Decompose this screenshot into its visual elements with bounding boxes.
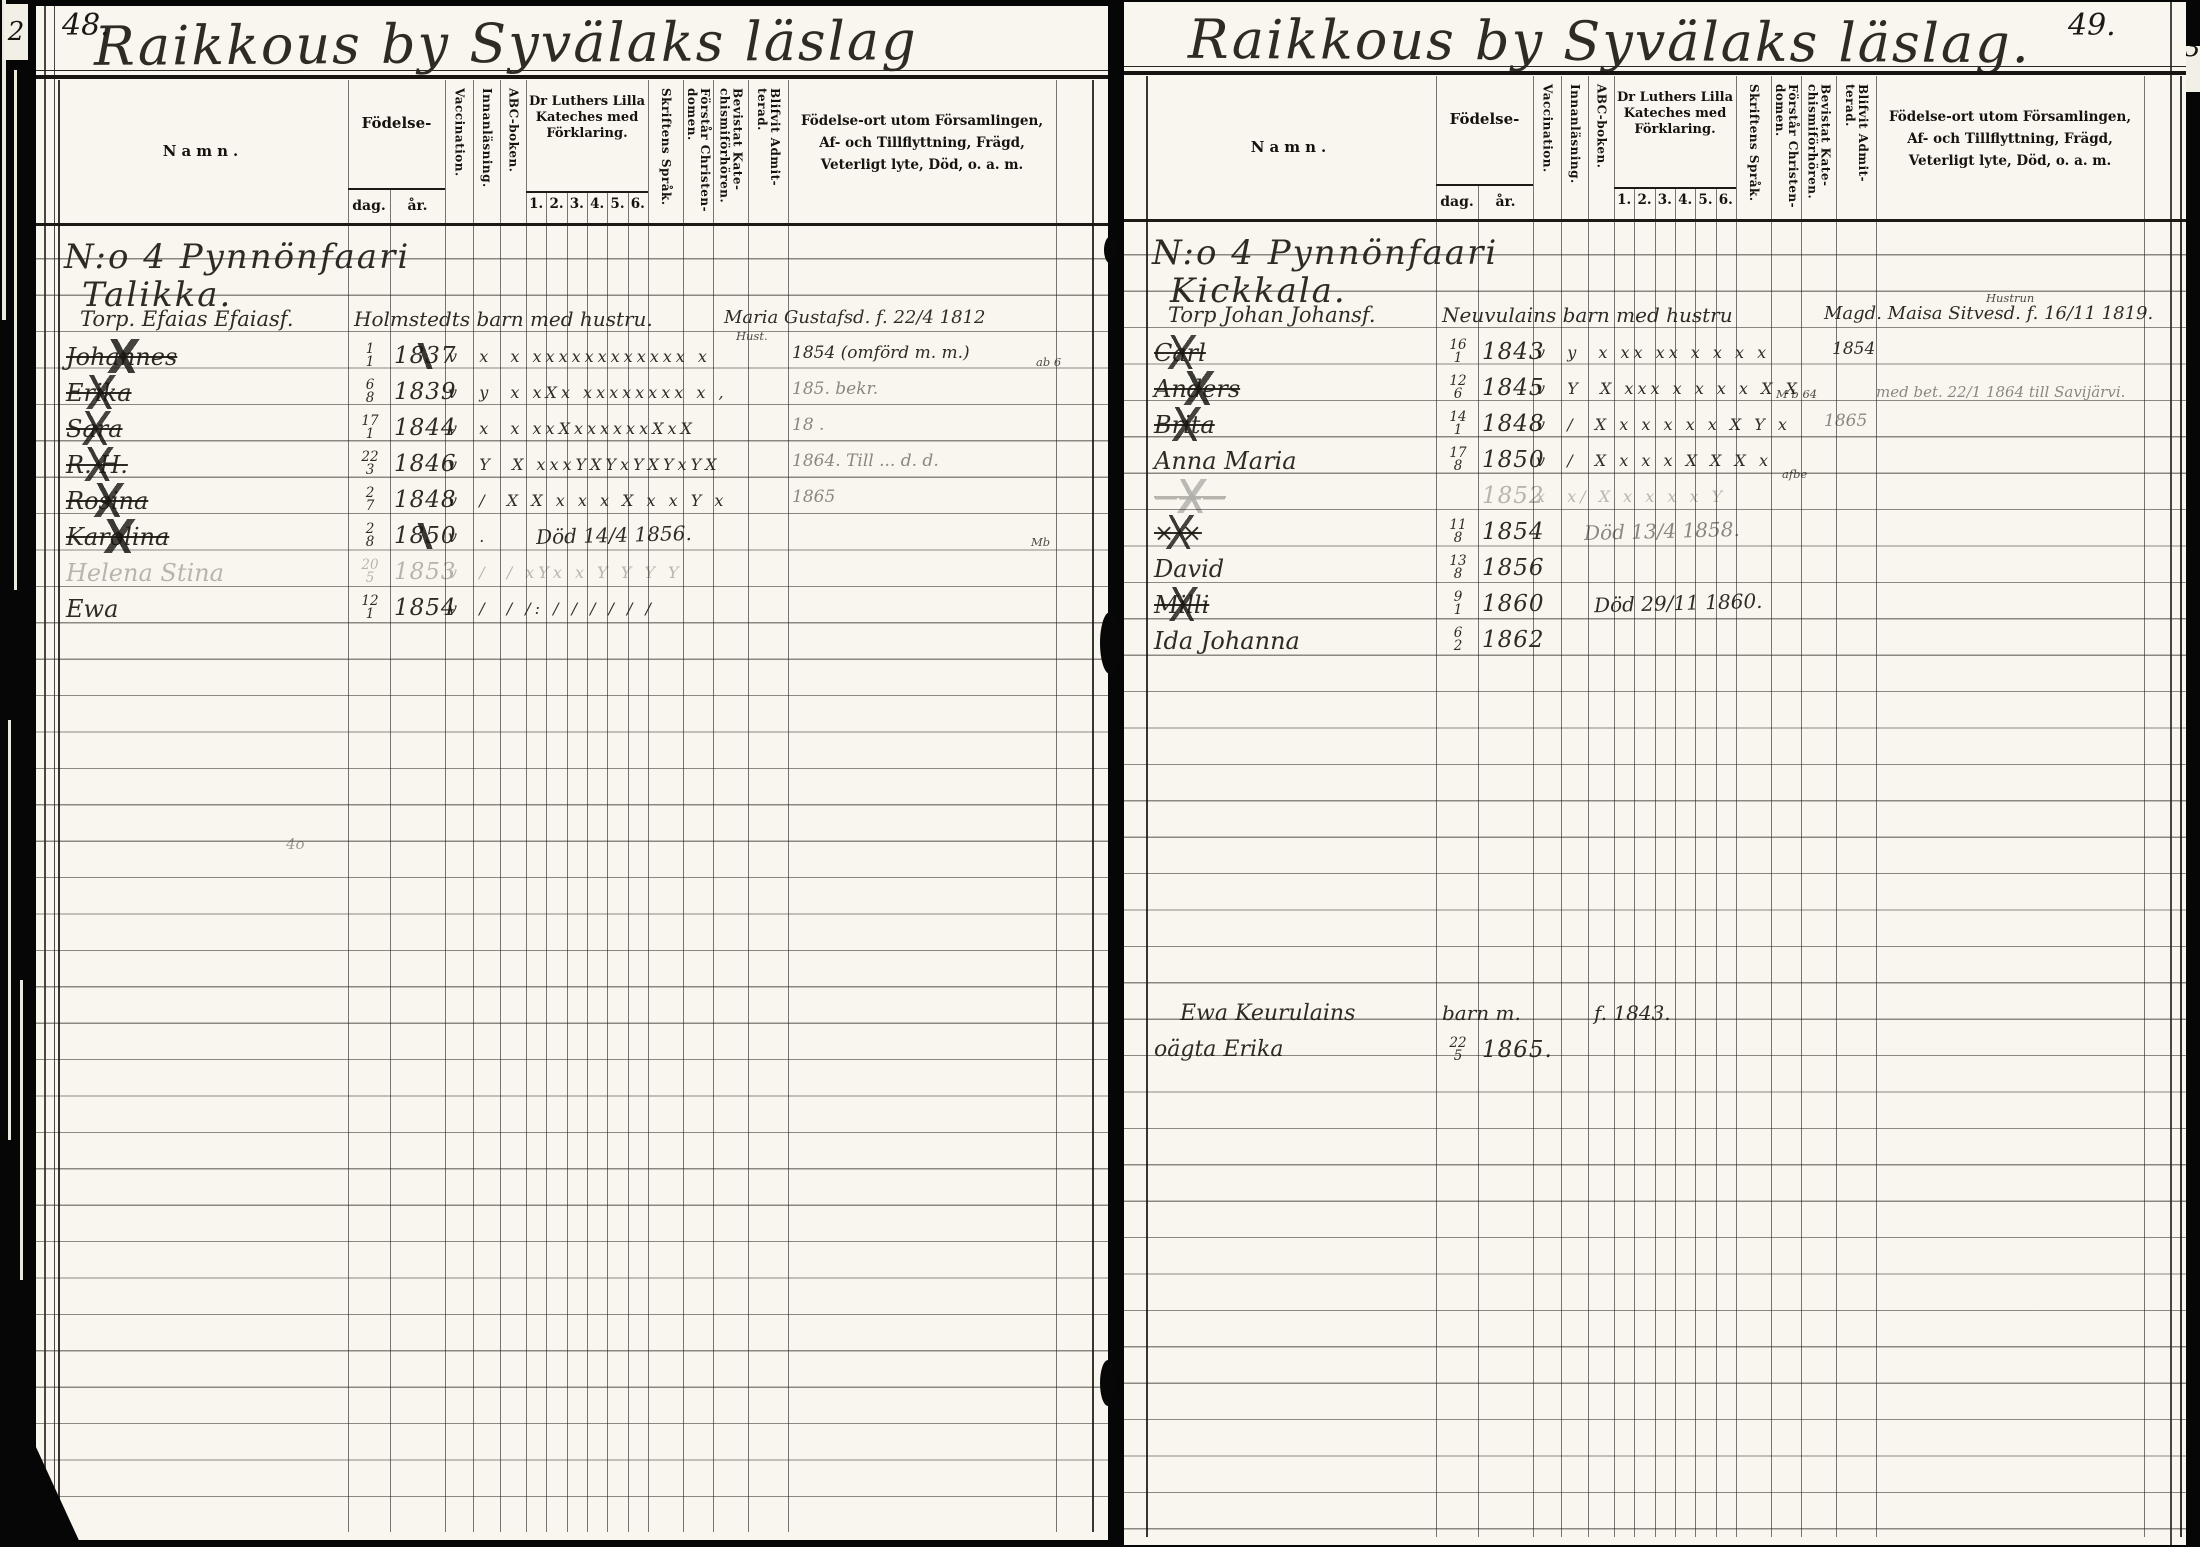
left-page: 48. Raikkous by Syvälaks läslag Namn. Fö… [36, 6, 1108, 1540]
grid-line [587, 223, 588, 1532]
col-header-innanlasning: Innanläsning. [473, 88, 500, 222]
col-header-dag: dag. [1436, 194, 1478, 210]
grid-line [628, 223, 629, 1532]
col-header-namn: Namn. [58, 142, 348, 160]
kateches-col-4: 4. [587, 196, 607, 212]
entry-name: R. H. [66, 451, 128, 479]
grid-line [1533, 76, 1534, 219]
col-header-dag: dag. [348, 198, 390, 214]
grid-line [1056, 80, 1057, 223]
kateches-col-3: 3. [1655, 192, 1675, 208]
table-row: Karolina 28 1850 v . Död 14/4 1856. Mb [36, 523, 1108, 559]
title-rule-heavy [36, 75, 1108, 79]
entry-name: ——— [1154, 483, 1226, 511]
scan-corner [36, 1447, 82, 1547]
grid-line [546, 223, 547, 1532]
col-header-blifvit-admitterad: Blifvit Admit- terad. [748, 88, 788, 222]
birth-year: 1856 [1482, 555, 1545, 581]
kateches-col-3: 3. [567, 196, 587, 212]
table-row: Rosina 27 1848 v / X X x x x X x x Y x 1… [36, 487, 1108, 523]
grid-line [500, 80, 501, 223]
grid-line [1695, 187, 1696, 219]
entry-name: Anders [1154, 375, 1240, 403]
grid-line [1533, 219, 1534, 1537]
scanned-parish-register: 2 3 48. Raikkous by Syvälaks läslag Namn… [0, 0, 2200, 1547]
kateches-col-6: 6. [628, 196, 648, 212]
table-row: Johannes 11 1837 v x x xxxxxxxxxxxx x 18… [36, 343, 1108, 379]
header-divider [348, 188, 445, 190]
grid-line [628, 191, 629, 223]
note: 1865 [792, 487, 835, 507]
grid-line [1771, 76, 1772, 219]
grid-line [2180, 219, 2182, 1537]
binding-blob [1100, 612, 1120, 674]
grid-line [788, 80, 789, 223]
grid-line [1092, 80, 1094, 223]
entry-name: Brita [1154, 411, 1215, 439]
birth-day: 205 [350, 559, 390, 585]
col-header-ar: år. [390, 198, 445, 214]
note-small: Mb [1031, 535, 1050, 549]
birth-day: 126 [1438, 375, 1478, 401]
kateches-col-5: 5. [1695, 192, 1715, 208]
birth-day: 138 [1438, 555, 1478, 581]
note-small: Hustrun [1986, 291, 2034, 305]
col-header-skriftens-sprak: Skriftens Språk. [648, 88, 683, 222]
header-divider [1436, 184, 1533, 186]
grid-line [1561, 76, 1562, 219]
birth-day: 141 [1438, 411, 1478, 437]
grid-line [1716, 187, 1717, 219]
birth-day: 68 [350, 379, 390, 405]
entry-name: Erika [66, 379, 132, 407]
note: 1865 [1824, 411, 1867, 431]
grid-line [683, 80, 684, 223]
col-header-ar: år. [1478, 194, 1533, 210]
grid-line [1436, 219, 1437, 1537]
grid-line [526, 80, 527, 223]
grid-line [1675, 219, 1676, 1537]
grid-line [1736, 219, 1737, 1537]
grid-line [1716, 219, 1717, 1537]
birth-day: 91 [1438, 591, 1478, 617]
note: 185. bekr. [792, 379, 878, 399]
grid-line [683, 223, 684, 1532]
grid-line [58, 80, 60, 223]
note: 18 . [792, 415, 824, 435]
birth-day: 28 [350, 523, 390, 549]
grid-line [1056, 223, 1057, 1532]
note: 1864. Till ... d. d. [792, 451, 939, 471]
entry-name: Helena Stina [66, 559, 224, 587]
note: Maria Gustafsd. f. 22/4 1812 [724, 307, 985, 328]
left-margin-numeral: 2 [4, 4, 28, 60]
reading-marks: x x/ X x x x x Y [1536, 487, 1726, 506]
note: 1854 (omförd m. m.) [792, 343, 970, 363]
grid-line [473, 223, 474, 1532]
table-row: Helena Stina 205 1853 v / / xYx x Y Y Y … [36, 559, 1108, 595]
birth-day: 62 [1438, 627, 1478, 653]
entry-name: Torp. Efaias Efaiasf. [80, 307, 294, 331]
grid-line [567, 223, 568, 1532]
birth-day: 121 [350, 595, 390, 621]
birth-year: 1860 [1482, 591, 1545, 617]
col-header-bevistat-katechismiforhoren: Bevistat Kate- chismiförhören. [1801, 84, 1836, 218]
reading-marks: v Y X xxx x x x x X X [1536, 379, 1801, 398]
col-header-skriftens-sprak: Skriftens Språk. [1736, 84, 1771, 218]
death-note: Död 29/11 1860. [1594, 589, 1763, 617]
grid-line [2144, 219, 2145, 1537]
grid-line [390, 188, 391, 223]
entry-name: oägta Erika [1154, 1037, 1283, 1062]
table-row: Erika 68 1839 v y x xXx xxxxxxxx x , 185… [36, 379, 1108, 415]
note: f. 1843. [1594, 1001, 1671, 1025]
grid-line [1876, 219, 1877, 1537]
col-header-forstar-christendomen: Förstår Christen- domen. [1771, 84, 1801, 218]
table-row: Ewa 121 1854 v / / /: / / / / / / [36, 595, 1108, 631]
grid-line [1771, 219, 1772, 1537]
col-header-abc-boken: ABC-boken. [500, 88, 526, 222]
grid-line [1655, 219, 1656, 1537]
note-small: M b 64 [1776, 387, 1817, 401]
table-body: N:o 4 Pynnönfaari Talikka. Torp. Efaias … [36, 223, 1108, 1532]
entry-name: Rosina [66, 487, 148, 515]
birth-day: 225 [1438, 1037, 1478, 1063]
grid-line [748, 80, 749, 223]
grid-line [473, 80, 474, 223]
grid-line [348, 80, 349, 223]
table-header: Namn. Födelse- dag. år. Vaccination. Inn… [1124, 76, 2186, 222]
grid-line [348, 223, 349, 1532]
scan-streak [14, 70, 17, 590]
entry-name: × × [1154, 519, 1202, 547]
grid-line [58, 223, 60, 1532]
grid-line [2144, 76, 2145, 219]
table-body: N:o 4 Pynnönfaari Kickkala. Torp Johan J… [1124, 219, 2186, 1537]
grid-line [648, 80, 649, 223]
binding-blob [1100, 1360, 1116, 1406]
scan-streak [20, 980, 23, 1280]
entry-span-note: barn m. [1442, 1001, 1521, 1025]
col-header-namn: Namn. [1146, 138, 1436, 156]
note-small: afbe [1782, 467, 1807, 481]
grid-line [1614, 219, 1615, 1537]
title-rule [36, 70, 1108, 71]
note-small: Hust. [736, 329, 768, 343]
entry-name: Anna Maria [1154, 447, 1297, 475]
grid-line [1146, 76, 1148, 219]
grid-line [713, 223, 714, 1532]
note: Magd. Maisa Sitvesd. f. 16/11 1819. [1824, 303, 2153, 324]
reading-marks: v / / /: / / / / / / [448, 599, 655, 618]
grid-line [1092, 223, 1094, 1532]
reading-marks: v / X x x x x x X Y x [1536, 415, 1791, 434]
table-row: Torp. Efaias Efaiasf. Holmstedts barn me… [36, 307, 1108, 343]
entry-name: Ewa Keurulains [1180, 1001, 1355, 1026]
grid-line [1801, 76, 1802, 219]
right-page: 49. Raikkous by Syvälaks läslag. Namn. F… [1124, 2, 2186, 1545]
title-rule [1124, 66, 2186, 67]
section-number: N:o 4 Pynnönfaari [64, 237, 410, 277]
grid-line [445, 223, 446, 1532]
entry-name: Carl [1154, 339, 1206, 367]
margin-scribble: 4o [286, 835, 305, 853]
col-header-vaccination: Vaccination. [1533, 84, 1561, 218]
entry-name: Sara [66, 415, 123, 443]
entry-name: Johannes [66, 343, 177, 371]
grid-line [1478, 184, 1479, 219]
grid-line [587, 191, 588, 223]
birth-day: 178 [1438, 447, 1478, 473]
kateches-col-2: 2. [546, 196, 566, 212]
grid-line [1675, 187, 1676, 219]
grid-line [526, 223, 527, 1532]
grid-line [1478, 219, 1479, 1537]
note-small: ab 6 [1036, 355, 1061, 369]
page-title: Raikkous by Syvälaks läslag [94, 9, 918, 78]
entry-name: Ewa [66, 595, 118, 623]
reading-marks: v x x xxxxxxxxxxxx x [448, 347, 711, 366]
grid-line [788, 223, 789, 1532]
entry-name: Ida Johanna [1154, 627, 1300, 655]
grid-line [1146, 219, 1148, 1537]
table-header: Namn. Födelse- dag. år. Vaccination. Inn… [36, 80, 1108, 226]
birth-day: 171 [350, 415, 390, 441]
kateches-col-5: 5. [607, 196, 627, 212]
kateches-col-1: 1. [526, 196, 546, 212]
scan-streak [8, 720, 11, 1140]
birth-day: 11 [350, 343, 390, 369]
grid-line [1614, 76, 1615, 219]
grid-line [1634, 187, 1635, 219]
col-header-notes: Födelse-ort utom Församlingen, Af- och T… [788, 110, 1056, 176]
birth-year: 1865. [1482, 1037, 1553, 1063]
grid-line [648, 223, 649, 1532]
reading-marks: v . [448, 527, 488, 546]
birth-year: 1854 [1482, 519, 1545, 545]
kateches-col-6: 6. [1716, 192, 1736, 208]
grid-line [1561, 219, 1562, 1537]
entry-name: Milli [1154, 591, 1209, 619]
grid-line [390, 223, 391, 1532]
grid-line [500, 223, 501, 1532]
entry-name: Torp Johan Johansf. [1168, 303, 1376, 327]
grid-line [1836, 76, 1837, 219]
birth-day: 27 [350, 487, 390, 513]
grid-line [748, 223, 749, 1532]
table-row: R. H. 223 1846 v Y X xxxYXYxYXYxYX 1864.… [36, 451, 1108, 487]
grid-line [546, 191, 547, 223]
kateches-col-1: 1. [1614, 192, 1634, 208]
death-note: Död 14/4 1856. [536, 521, 692, 549]
grid-line [1634, 219, 1635, 1537]
col-header-vaccination: Vaccination. [445, 88, 473, 222]
kateches-col-4: 4. [1675, 192, 1695, 208]
grid-line [1588, 76, 1589, 219]
table-row: Sara 171 1844 v x x xxXxxxxxxXxX 18 . [36, 415, 1108, 451]
note: med bet. 22/1 1864 till Savijärvi. [1876, 383, 2125, 401]
grid-line [1801, 219, 1802, 1537]
section-number: N:o 4 Pynnönfaari [1152, 233, 1498, 273]
note: 1854 [1832, 339, 1875, 359]
reading-marks: v Y X xxxYXYxYXYxYX [448, 455, 721, 474]
col-header-blifvit-admitterad: Blifvit Admit- terad. [1836, 84, 1876, 218]
col-header-innanlasning: Innanläsning. [1561, 84, 1588, 218]
col-header-kateches: Dr Luthers Lilla Kateches med Förklaring… [526, 94, 648, 142]
grid-line [1655, 187, 1656, 219]
col-header-abc-boken: ABC-boken. [1588, 84, 1614, 218]
birth-year: 1862 [1482, 627, 1545, 653]
grid-line [567, 191, 568, 223]
binding-blob [1104, 236, 1118, 264]
grid-line [1736, 76, 1737, 219]
col-header-fodelse: Födelse- [1436, 110, 1533, 128]
grid-line [607, 223, 608, 1532]
entry-name: Karolina [66, 523, 169, 551]
col-header-fodelse: Födelse- [348, 114, 445, 132]
kateches-col-2: 2. [1634, 192, 1654, 208]
birth-day: 161 [1438, 339, 1478, 365]
grid-line [607, 191, 608, 223]
col-header-bevistat-katechismiforhoren: Bevistat Kate- chismiförhören. [713, 88, 748, 222]
reading-marks: v x x xxXxxxxxxXxX [448, 419, 696, 438]
entry-name: David [1154, 555, 1224, 583]
col-header-forstar-christendomen: Förstår Christen- domen. [683, 88, 713, 222]
grid-line [2180, 76, 2182, 219]
grid-line [713, 80, 714, 223]
grid-line [1836, 219, 1837, 1537]
birth-day: 118 [1438, 519, 1478, 545]
grid-line [1695, 219, 1696, 1537]
grid-line [1876, 76, 1877, 219]
col-header-notes: Födelse-ort utom Församlingen, Af- och T… [1876, 106, 2144, 172]
grid-line [1588, 219, 1589, 1537]
page-number: 49. [2068, 8, 2116, 43]
col-header-kateches: Dr Luthers Lilla Kateches med Förklaring… [1614, 90, 1736, 138]
grid-line [1436, 76, 1437, 219]
title-rule-heavy [1124, 71, 2186, 75]
grid-line [445, 80, 446, 223]
birth-day: 223 [350, 451, 390, 477]
